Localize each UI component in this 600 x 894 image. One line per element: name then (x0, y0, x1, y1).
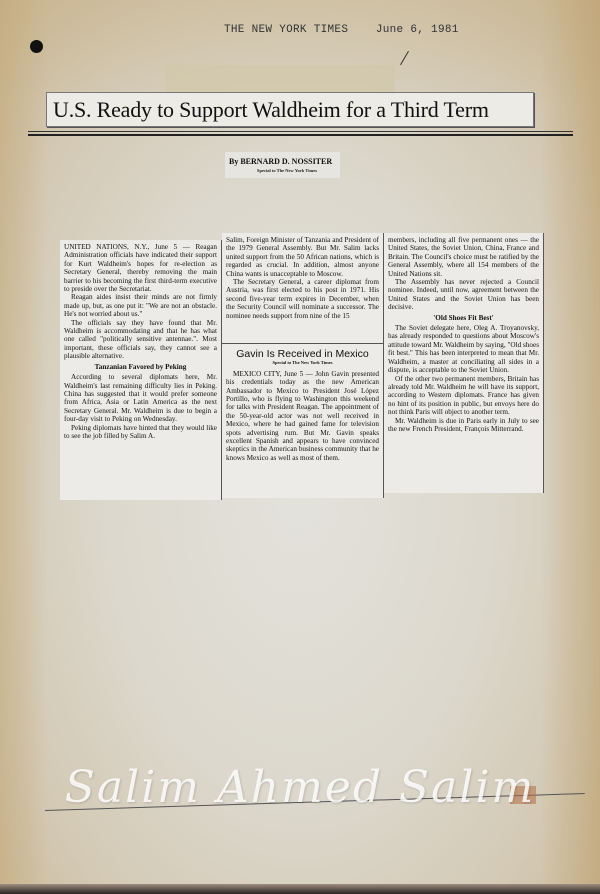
publication-date: June 6, 1981 (376, 24, 459, 36)
paragraph: The Secretary General, a career diplomat… (226, 278, 379, 320)
article-headline: U.S. Ready to Support Waldheim for a Thi… (53, 97, 489, 123)
article-column-1: UNITED NATIONS, N.Y., June 5 — Reagan Ad… (60, 240, 222, 500)
article-column-3: members, including all five permanent on… (384, 233, 544, 493)
paragraph: Peking diplomats have hinted that they w… (64, 424, 217, 441)
article-byline: By BERNARD D. NOSSITER (229, 157, 332, 166)
paragraph: MEXICO CITY, June 5 — John Gavin present… (226, 370, 379, 462)
paragraph: Reagan aides insist their minds are not … (64, 293, 217, 318)
signature-watermark: Salim Ahmed Salim (40, 762, 560, 813)
pen-mark (400, 51, 409, 65)
subhead: 'Old Shoes Fit Best' (388, 314, 539, 322)
paragraph: According to several diplomats here, Mr.… (64, 373, 217, 423)
paragraph: The officials say they have found that M… (64, 319, 217, 361)
divider-rule (28, 131, 573, 132)
paragraph: Mr. Waldheim is due in Paris early in Ju… (388, 417, 539, 434)
paragraph: Salim, Foreign Minister of Tanzania and … (226, 236, 379, 278)
paragraph: members, including all five permanent on… (388, 236, 539, 278)
headline-clipping: U.S. Ready to Support Waldheim for a Thi… (46, 92, 534, 127)
sidebar-headline: Gavin Is Received in Mexico (226, 350, 379, 358)
paragraph: UNITED NATIONS, N.Y., June 5 — Reagan Ad… (64, 243, 217, 293)
punch-hole (30, 40, 43, 53)
divider-rule (28, 134, 573, 136)
publication-name: THE NEW YORK TIMES (224, 24, 348, 36)
subhead: Tanzanian Favored by Peking (64, 363, 217, 371)
tape-patch (165, 65, 395, 95)
archive-page: THE NEW YORK TIMES June 6, 1981 U.S. Rea… (0, 0, 600, 884)
paragraph: The Soviet delegate here, Oleg A. Troyan… (388, 324, 539, 374)
typed-header: THE NEW YORK TIMES June 6, 1981 (224, 24, 459, 36)
paragraph: The Assembly has never rejected a Counci… (388, 278, 539, 312)
page-bottom-edge (0, 884, 600, 894)
article-column-2: Salim, Foreign Minister of Tanzania and … (222, 233, 384, 343)
sidebar-credit: Special to The New York Times (226, 359, 379, 367)
paragraph: Of the other two permanent members, Brit… (388, 375, 539, 417)
byline-clipping: By BERNARD D. NOSSITER Special to The Ne… (225, 152, 340, 178)
byline-credit: Special to The New York Times (257, 168, 317, 173)
sidebar-article: Gavin Is Received in Mexico Special to T… (222, 343, 384, 498)
